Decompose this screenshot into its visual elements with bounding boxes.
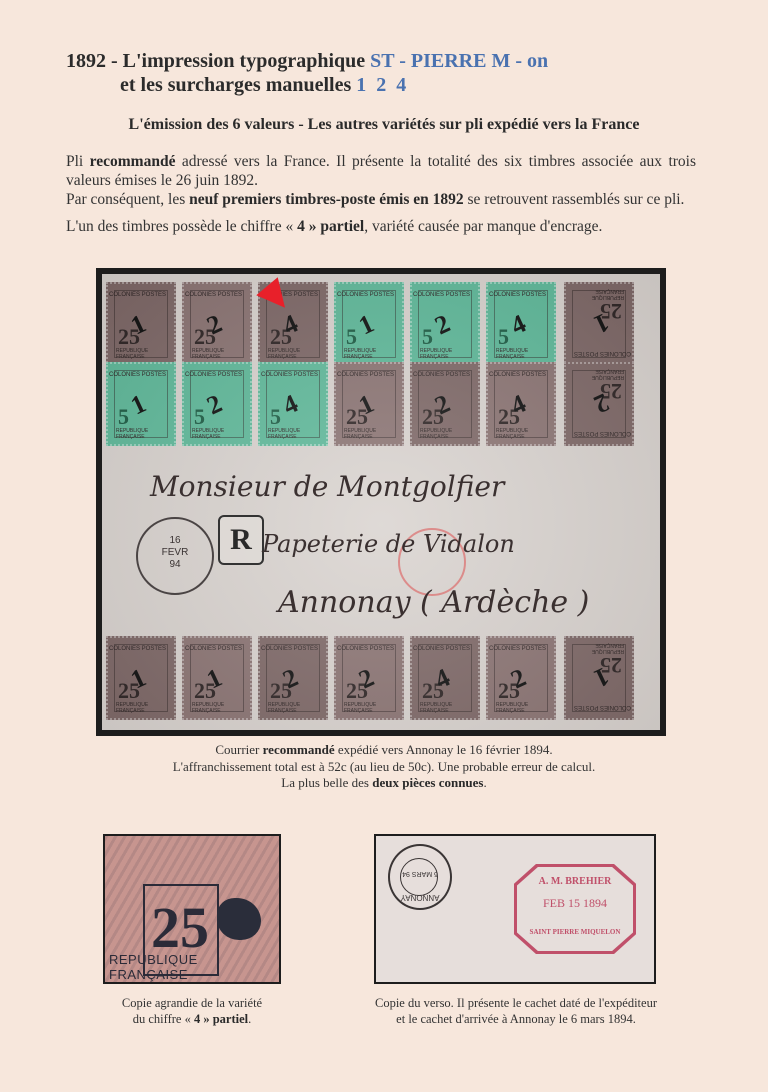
intro-paragraph-3: L'un des timbres possède le chiffre « 4 … [66,217,696,236]
stamp: COLONIES POSTES252REPUBLIQUE FRANÇAISE [410,362,480,446]
stamp: COLONIES POSTES52REPUBLIQUE FRANÇAISE [182,362,252,446]
stamp: COLONIES POSTES251REPUBLIQUE FRANÇAISE [334,362,404,446]
stamp-label: COLONIES POSTES [489,646,546,652]
stamp-footer: REPUBLIQUE FRANÇAISE [116,348,174,360]
stamp-value: 5 [498,324,509,350]
caption-line-3: La plus belle des deux pièces connues. [0,775,768,792]
stamp: COLONIES POSTES251REPUBLIQUE FRANÇAISE [182,636,252,720]
stamp: COLONIES POSTES51REPUBLIQUE FRANÇAISE [106,362,176,446]
stamp-value: 5 [194,404,205,430]
stamp-label: COLONIES POSTES [413,292,470,298]
stamp-label: COLONIES POSTES [109,372,166,378]
stamp: COLONIES POSTES254REPUBLIQUE FRANÇAISE [486,362,556,446]
address-line-1: Monsieur de Montgolfier [150,470,504,503]
stamp-footer: REPUBLIQUE FRANÇAISE [420,702,478,714]
sender-date: FEB 15 1894 [514,896,636,911]
stamp-value: 5 [118,404,129,430]
stamp: COLONIES POSTES51REPUBLIQUE FRANÇAISE [334,282,404,366]
stamp-value: 5 [346,324,357,350]
sender-location: SAINT PIERRE MIQUELON [514,928,636,936]
stamp-footer: REPUBLIQUE FRANÇAISE [566,288,624,300]
caption-line-2: L'affranchissement total est à 52c (au l… [0,759,768,776]
stamp: COLONIES POSTES252REPUBLIQUE FRANÇAISE [258,636,328,720]
section-subtitle: L'émission des 6 valeurs - Les autres va… [0,116,768,134]
stamp: COLONIES POSTES54REPUBLIQUE FRANÇAISE [258,362,328,446]
stamp-label: COLONIES POSTES [413,372,470,378]
stamp-label: COLONIES POSTES [185,646,242,652]
stamp-footer: REPUBLIQUE FRANÇAISE [268,428,326,440]
stamp-label: COLONIES POSTES [185,372,242,378]
stamp: COLONIES POSTES252REPUBLIQUE FRANÇAISE [486,636,556,720]
stamp-footer: REPUBLIQUE FRANÇAISE [344,702,402,714]
stamp-footer: REPUBLIQUE FRANÇAISE [192,702,250,714]
title-prefix: 1892 - L'impression typographique [66,50,365,72]
verso-caption: Copie du verso. Il présente le cachet da… [356,995,676,1027]
stamp: COLONIES POSTES52REPUBLIQUE FRANÇAISE [410,282,480,366]
intro-paragraph-1: Pli recommandé adressé vers la France. I… [66,152,696,190]
stamp-footer: REPUBLIQUE FRANÇAISE [344,428,402,440]
stamp-footer: REPUBLIQUE FRANÇAISE [192,428,250,440]
stamp-footer-text: REPUBLIQUE FRANÇAISE [109,952,279,982]
address-line-3: Annonay ( Ardèche ) [278,585,589,620]
stamp: COLONIES POSTES251REPUBLIQUE FRANÇAISE [106,636,176,720]
arrival-cancel-postmark: ANNONAY 6 MARS 94 [388,844,452,910]
stamp-footer: REPUBLIQUE FRANÇAISE [116,702,174,714]
stamp-label: COLONIES POSTES [574,430,631,436]
stamp-label: COLONIES POSTES [261,646,318,652]
cancel-date: 16 FEVR 94 [155,535,195,571]
stamp-label: COLONIES POSTES [489,372,546,378]
stamp-footer: REPUBLIQUE FRANÇAISE [268,348,326,360]
stamp: COLONIES POSTES251REPUBLIQUE FRANÇAISE [564,636,634,720]
partial-4-ink-blot [217,898,261,940]
stamp-footer: REPUBLIQUE FRANÇAISE [420,428,478,440]
registered-mark: R [218,515,264,565]
stamp: COLONIES POSTES251REPUBLIQUE FRANÇAISE [564,282,634,366]
stamp-label: COLONIES POSTES [489,292,546,298]
stamp-footer: REPUBLIQUE FRANÇAISE [344,348,402,360]
cover-caption: Courrier recommandé expédié vers Annonay… [0,742,768,792]
variety-caption: Copie agrandie de la variété du chiffre … [96,995,288,1027]
stamp: COLONIES POSTES54REPUBLIQUE FRANÇAISE [486,282,556,366]
stamp-footer: REPUBLIQUE FRANÇAISE [566,642,624,654]
stamp-label: COLONIES POSTES [109,646,166,652]
verso-image: ANNONAY 6 MARS 94 A. M. BREHIER FEB 15 1… [374,834,656,984]
stamp-label: COLONIES POSTES [574,350,631,356]
stamp-label: COLONIES POSTES [574,704,631,710]
stamp: COLONIES POSTES252REPUBLIQUE FRANÇAISE [564,362,634,446]
stamp: COLONIES POSTES251REPUBLIQUE FRANÇAISE [106,282,176,366]
address-line-2: Papeterie de Vidalon [262,530,515,558]
stamp: COLONIES POSTES252REPUBLIQUE FRANÇAISE [334,636,404,720]
title-highlight: ST - PIERRE M - on [370,50,548,72]
stamp-label: COLONIES POSTES [337,372,394,378]
stamp-label: COLONIES POSTES [337,292,394,298]
stamp: COLONIES POSTES254REPUBLIQUE FRANÇAISE [410,636,480,720]
stamp-label: COLONIES POSTES [185,292,242,298]
stamp-footer: REPUBLIQUE FRANÇAISE [496,348,554,360]
stamp-footer: REPUBLIQUE FRANÇAISE [420,348,478,360]
stamp-value: 25 [151,894,209,961]
sender-name: A. M. BREHIER [514,876,636,887]
stamp-value: 5 [270,404,281,430]
stamp-label: COLONIES POSTES [109,292,166,298]
intro-paragraph-2: Par conséquent, les neuf premiers timbre… [66,190,696,209]
stamp-footer: REPUBLIQUE FRANÇAISE [496,428,554,440]
intro-text: Pli recommandé adressé vers la France. I… [66,152,696,236]
stamp-footer: REPUBLIQUE FRANÇAISE [566,368,624,380]
stamp-label: COLONIES POSTES [413,646,470,652]
stamp-footer: REPUBLIQUE FRANÇAISE [496,702,554,714]
departure-cancel-postmark: 16 FEVR 94 [136,517,214,595]
enlarged-variety-image: 25 REPUBLIQUE FRANÇAISE [103,834,281,984]
stamp-footer: REPUBLIQUE FRANÇAISE [116,428,174,440]
stamp-label: COLONIES POSTES [261,372,318,378]
stamp-footer: REPUBLIQUE FRANÇAISE [192,348,250,360]
stamp-label: COLONIES POSTES [337,646,394,652]
page-title: 1892 - L'impression typographique ST - P… [66,50,548,73]
title-line2-text: et les surcharges manuelles [120,74,351,96]
caption-line-1: Courrier recommandé expédié vers Annonay… [0,742,768,759]
stamp-value: 5 [422,324,433,350]
page-title-line2: et les surcharges manuelles 1 2 4 [120,74,406,97]
stamp: COLONIES POSTES252REPUBLIQUE FRANÇAISE [182,282,252,366]
title-numbers: 1 2 4 [356,74,406,96]
stamp-footer: REPUBLIQUE FRANÇAISE [268,702,326,714]
